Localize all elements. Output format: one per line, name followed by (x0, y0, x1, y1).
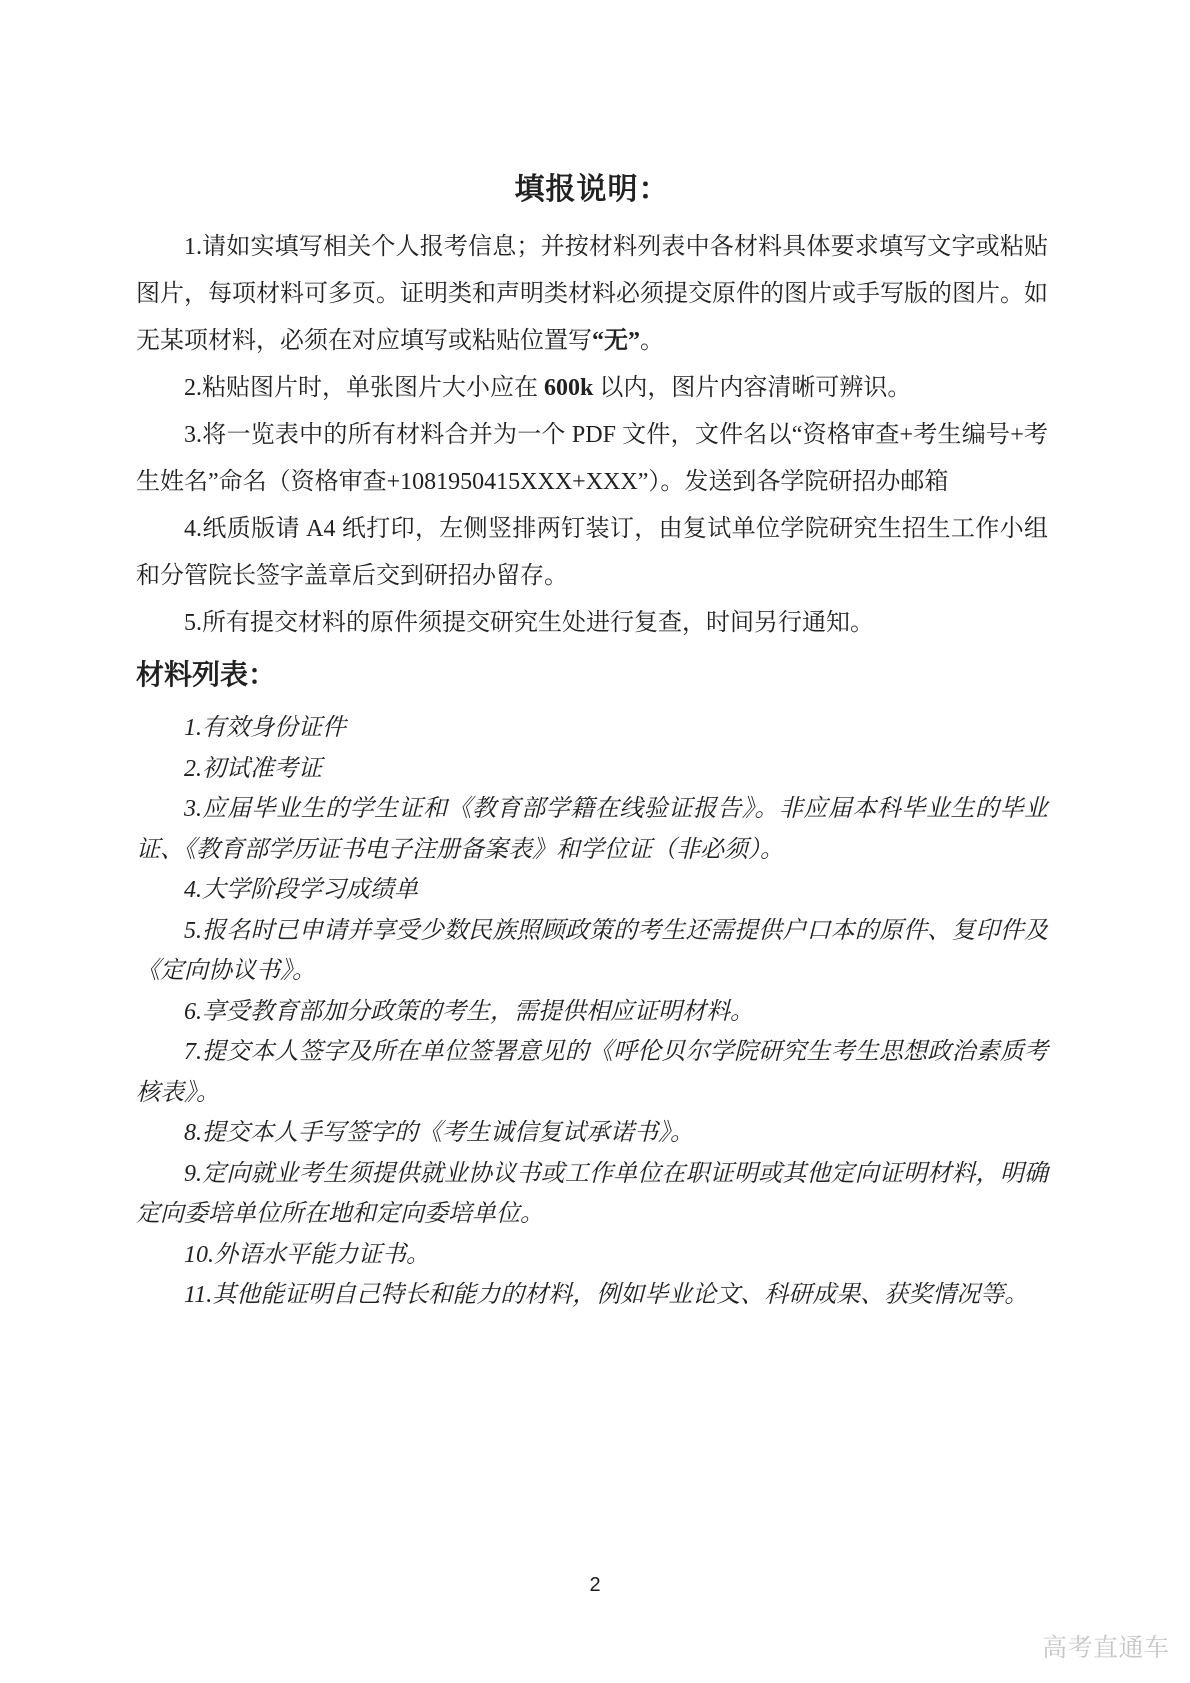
paragraph-text: 2.粘贴图片时，单张图片大小应在 (184, 375, 544, 401)
page-number: 2 (0, 1574, 1190, 1597)
instruction-paragraph-2: 2.粘贴图片时，单张图片大小应在 600k 以内，图片内容清晰可辨识。 (136, 365, 1048, 412)
materials-list: 1.有效身份证件 2.初试准考证 3.应届毕业生的学生证和《教育部学籍在线验证报… (136, 708, 1048, 1316)
watermark: 高考直通车 (1042, 1628, 1170, 1664)
instruction-paragraph-3: 3.将一览表中的所有材料合并为一个 PDF 文件，文件名以“资格审查+考生编号+… (136, 412, 1048, 506)
instructions-title: 填报说明： (136, 170, 1048, 210)
material-item-3: 3.应届毕业生的学生证和《教育部学籍在线验证报告》。非应届本科毕业生的毕业证、《… (136, 789, 1048, 870)
paragraph-text: 。 (640, 328, 664, 354)
material-item-4: 4.大学阶段学习成绩单 (136, 870, 1048, 911)
material-item-7: 7.提交本人签字及所在单位签署意见的《呼伦贝尔学院研究生考生思想政治素质考核表》… (136, 1032, 1048, 1113)
material-item-9: 9.定向就业考生须提供就业协议书或工作单位在职证明或其他定向证明材料，明确定向委… (136, 1154, 1048, 1235)
document-page: 填报说明： 1.请如实填写相关个人报考信息；并按材料列表中各材料具体要求填写文字… (0, 0, 1190, 1683)
instruction-paragraph-4: 4.纸质版请 A4 纸打印，左侧竖排两钉装订，由复试单位学院研究生招生工作小组和… (136, 506, 1048, 600)
document-content: 填报说明： 1.请如实填写相关个人报考信息；并按材料列表中各材料具体要求填写文字… (136, 0, 1048, 1316)
material-item-10: 10.外语水平能力证书。 (136, 1235, 1048, 1276)
emphasized-text-none: “无” (592, 328, 640, 354)
material-item-1: 1.有效身份证件 (136, 708, 1048, 749)
material-item-8: 8.提交本人手写签字的《考生诚信复试承诺书》。 (136, 1113, 1048, 1154)
instruction-paragraph-5: 5.所有提交材料的原件须提交研究生处进行复查，时间另行通知。 (136, 600, 1048, 647)
materials-title: 材料列表： (136, 657, 1048, 693)
instruction-paragraph-1: 1.请如实填写相关个人报考信息；并按材料列表中各材料具体要求填写文字或粘贴图片，… (136, 224, 1048, 365)
material-item-11: 11.其他能证明自己特长和能力的材料，例如毕业论文、科研成果、获奖情况等。 (136, 1275, 1048, 1316)
material-item-5: 5.报名时已申请并享受少数民族照顾政策的考生还需提供户口本的原件、复印件及《定向… (136, 911, 1048, 992)
material-item-2: 2.初试准考证 (136, 749, 1048, 790)
emphasized-text-600k: 600k (544, 375, 593, 401)
material-item-6: 6.享受教育部加分政策的考生，需提供相应证明材料。 (136, 992, 1048, 1033)
paragraph-text: 以内，图片内容清晰可辨识。 (593, 375, 911, 401)
